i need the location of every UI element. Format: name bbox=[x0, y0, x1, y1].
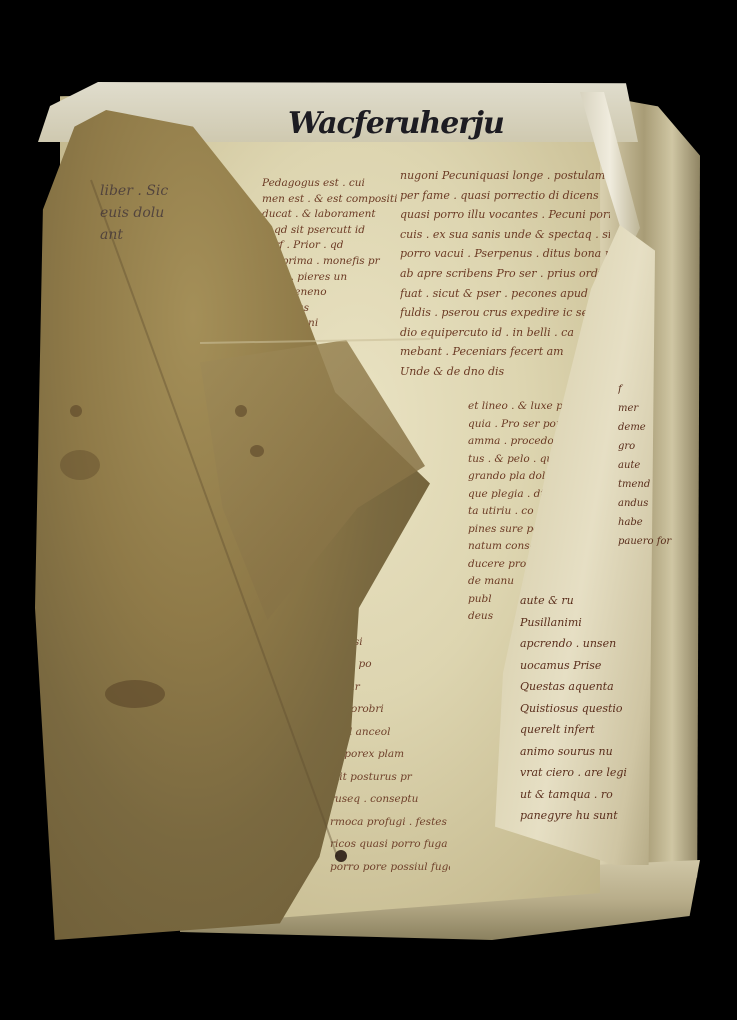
dark-stain bbox=[250, 445, 264, 457]
dark-stain bbox=[60, 450, 100, 480]
right-margin-text: f mer deme gro aute tmend andus habe pau… bbox=[618, 380, 678, 551]
ink-blot bbox=[335, 850, 347, 862]
title-heading: Wacferuherju bbox=[288, 106, 504, 141]
dark-stain bbox=[105, 680, 165, 708]
dark-stain bbox=[235, 405, 247, 417]
folded-leaf-text: aute & ru Pusillanimi apcrendo . unsen u… bbox=[520, 590, 655, 827]
dark-stain bbox=[70, 405, 82, 417]
leather-cover-text: liber . Sic euis dolu ant bbox=[100, 180, 168, 246]
